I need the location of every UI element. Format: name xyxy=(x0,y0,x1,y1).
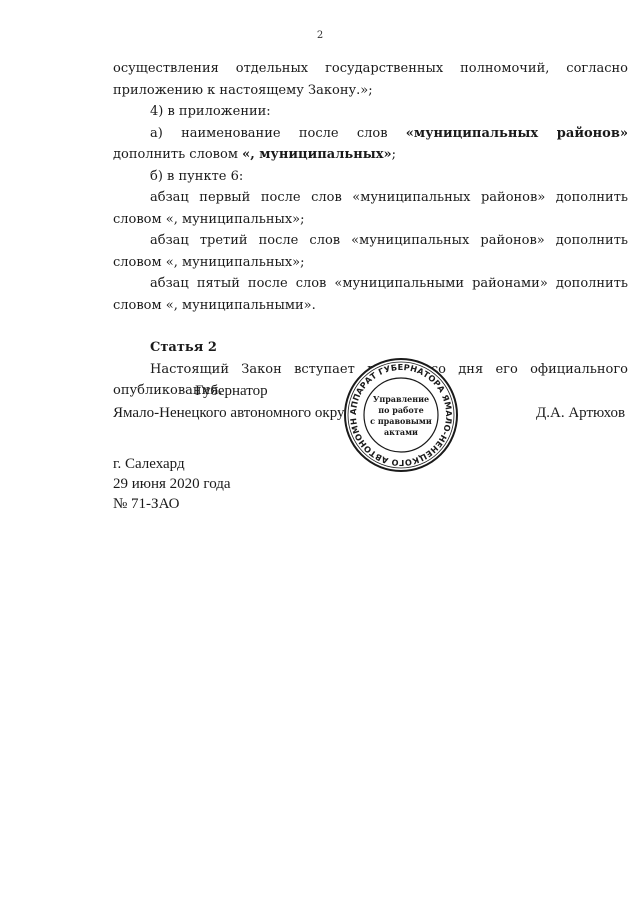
paragraph-abzac-1: абзац первый после слов «муниципальных р… xyxy=(113,187,628,230)
stamp-line: с правовыми xyxy=(370,416,432,426)
date: 29 июня 2020 года xyxy=(113,474,231,494)
text-segment: дополнить словом xyxy=(113,147,242,162)
document-body: осуществления отдельных государственных … xyxy=(113,58,628,402)
stamp-line: по работе xyxy=(378,405,423,415)
stamp-line: актами xyxy=(384,427,418,437)
bold-phrase: «муниципальных районов» xyxy=(406,126,628,141)
paragraph-abzac-5: абзац пятый после слов «муниципальными р… xyxy=(113,273,628,316)
paragraph-item-4: 4) в приложении: xyxy=(113,101,628,123)
city: г. Салехард xyxy=(113,454,231,474)
paragraph-item-4b: б) в пункте 6: xyxy=(113,166,628,188)
signature-title: Губернатор xyxy=(195,383,268,400)
document-meta: г. Салехард 29 июня 2020 года № 71-ЗАО xyxy=(113,454,231,514)
law-number: № 71-ЗАО xyxy=(113,494,231,514)
page-number: 2 xyxy=(0,30,640,41)
paragraph-item-4a: а) наименование после слов «муниципальны… xyxy=(113,123,628,166)
paragraph-continuation: осуществления отдельных государственных … xyxy=(113,58,628,101)
text-segment: а) наименование после слов xyxy=(150,126,406,141)
bold-phrase: «, муниципальных» xyxy=(242,147,392,162)
paragraph-abzac-3: абзац третий после слов «муниципальных р… xyxy=(113,230,628,273)
text-segment: ; xyxy=(392,147,396,162)
article-2-heading: Статья 2 xyxy=(113,337,628,359)
signature-name: Д.А. Артюхов xyxy=(536,405,625,422)
signature-organization: Ямало-Ненецкого автономного округа xyxy=(113,405,357,422)
stamp-line: Управление xyxy=(373,394,429,404)
document-page: 2 осуществления отдельных государственны… xyxy=(0,0,640,905)
official-stamp-icon: АППАРАТ ГУБЕРНАТОРА ЯМАЛО-НЕНЕЦКОГО АВТО… xyxy=(343,357,459,473)
